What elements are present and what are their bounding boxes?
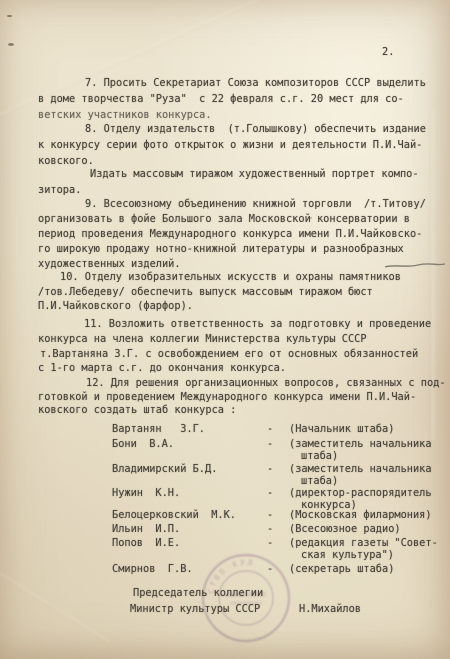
staff-name: Нужин К.Н. — [112, 487, 180, 500]
doc-line: ковского создать штаб конкурса : — [38, 404, 236, 417]
doc-line: готовкой и проведением Международного ко… — [38, 391, 416, 404]
doc-line: период проведения Международного конкурс… — [38, 228, 422, 241]
staff-name: Владимирский Б.Д. — [112, 463, 217, 476]
staff-name: Попов И.Е. — [112, 537, 180, 550]
staff-role: (секретарь штаба) — [289, 563, 394, 576]
paper-crease — [0, 567, 110, 644]
staff-name: Вартанян З.Г. — [112, 423, 205, 436]
handwritten-dash-mark — [384, 261, 446, 271]
doc-line: зитора. — [38, 184, 81, 197]
doc-line: ковского. — [38, 155, 94, 168]
doc-line: П.И.Чайковского (фарфор). — [38, 300, 193, 313]
ink-stamp: СТВО КУЛ — [196, 550, 296, 650]
staff-name: Белоцерковский М.К. — [112, 509, 236, 522]
signature-name: Н.Михайлов — [299, 603, 361, 616]
doc-line: 12. Для решения организационных вопросов… — [86, 377, 446, 390]
staff-role: ская культура") — [301, 549, 394, 562]
staff-role: (Московская филармония) — [289, 509, 432, 522]
paper-crease — [430, 110, 436, 440]
staff-name: Бони В.А. — [112, 438, 174, 451]
staff-dash: - — [267, 509, 273, 522]
staff-name: Смирнов Г.В. — [112, 563, 193, 576]
doc-line: 11. Возложить ответственность за подгото… — [84, 318, 431, 331]
doc-line: Издать массовым тиражом художественный п… — [90, 168, 419, 181]
doc-line: в доме творчества "Руза" с 22 февраля с.… — [38, 93, 404, 106]
doc-line: 9. Всесоюзному объединению книжной торго… — [85, 198, 426, 211]
paper-crease — [0, 16, 450, 18]
staff-dash: - — [267, 563, 273, 576]
scanned-document-page: СТВО КУЛ 2. 7. Просить Секретариат Союза… — [0, 0, 450, 659]
staff-dash: - — [267, 423, 273, 436]
doc-line: 7. Просить Секретариат Союза композиторо… — [85, 77, 426, 90]
staff-dash: - — [267, 487, 273, 500]
doc-line: ветских участников конкурса. — [38, 109, 212, 122]
doc-line: /тов.Лебедеву/ обеспечить выпуск массовы… — [38, 286, 373, 299]
page-number: 2. — [382, 46, 394, 59]
staff-role: (Всесоюзное радио) — [289, 523, 401, 536]
doc-line: с 1-го марта с.г. до окончания конкурса. — [38, 362, 286, 375]
signature-title: Министр культуры СССР — [130, 603, 260, 616]
staff-name: Ильин И.П. — [112, 523, 180, 536]
doc-line: го широкую продажу нотно-книжной литерат… — [38, 243, 404, 256]
staff-role: штаба) — [301, 450, 338, 463]
staff-dash: - — [267, 537, 273, 550]
doc-line: к конкурсу серии фото открыток о жизни и… — [38, 139, 422, 152]
doc-line: художественных изделий. — [38, 258, 181, 271]
paper-speck — [7, 15, 12, 17]
doc-line: конкурса на члена коллегии Министерства … — [38, 333, 367, 346]
doc-line: 8. Отделу издательств (т.Голышкову) обес… — [85, 123, 426, 136]
doc-line: 10. Отделу изобразительных искусств и ох… — [60, 271, 401, 284]
staff-role: (Начальник штаба) — [289, 423, 394, 436]
signature-title: Председатель коллегии — [133, 587, 263, 600]
doc-line: т.Вартаняна З.Г. с освобождением его от … — [40, 348, 418, 361]
staff-dash: - — [267, 523, 273, 536]
paper-speck — [8, 43, 14, 46]
doc-line: организовать в фойе Большого зала Москов… — [38, 213, 410, 226]
staff-dash: - — [267, 463, 273, 476]
staff-dash: - — [267, 438, 273, 451]
